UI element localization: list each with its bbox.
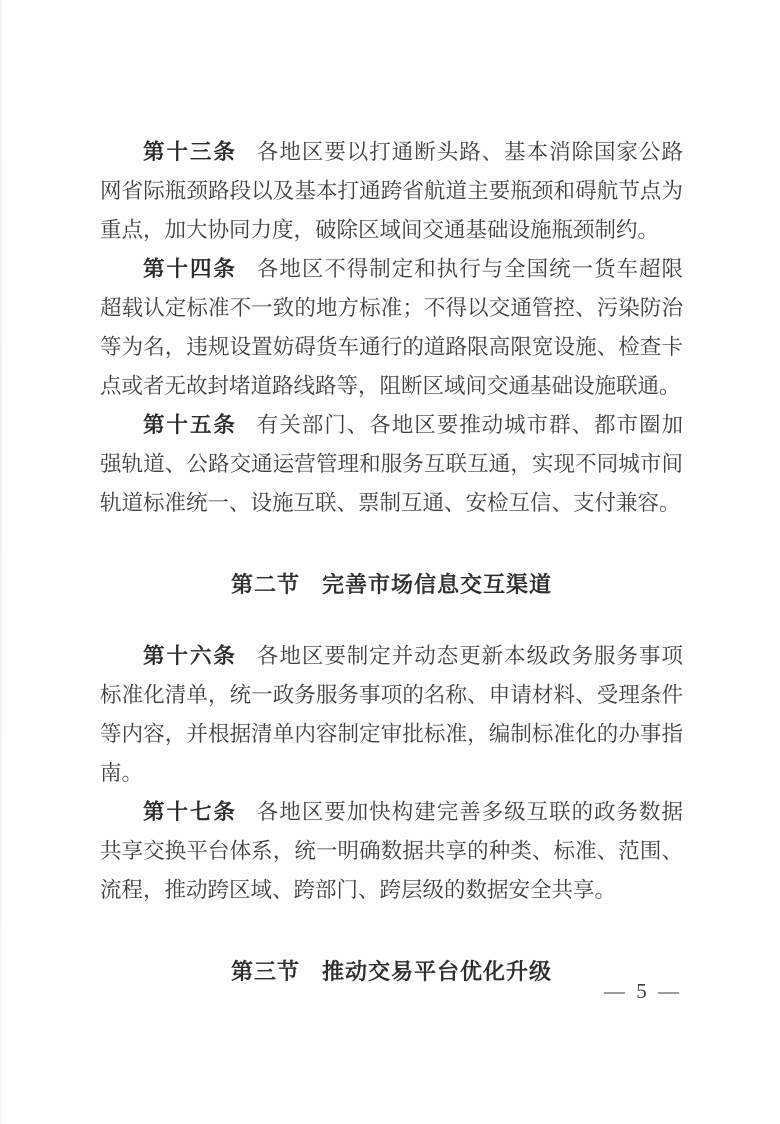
section-3-heading: 第三节推动交易平台优化升级 (100, 952, 683, 991)
article-16-number: 第十六条 (143, 644, 237, 668)
scan-edge-artifact (0, 0, 2, 1124)
article-13-number: 第十三条 (143, 140, 237, 164)
document-page: 第十三条各地区要以打通断头路、基本消除国家公路网省际瓶颈路段以及基本打通跨省航道… (0, 0, 780, 1124)
article-14-paragraph: 第十四条各地区不得制定和执行与全国统一货车超限超载认定标准不一致的地方标准；不得… (100, 250, 683, 406)
article-14-number: 第十四条 (143, 257, 237, 281)
article-13-paragraph: 第十三条各地区要以打通断头路、基本消除国家公路网省际瓶颈路段以及基本打通跨省航道… (100, 133, 683, 250)
page-number: — 5 — (604, 978, 682, 1004)
section-3-title: 推动交易平台优化升级 (322, 959, 552, 984)
article-16-paragraph: 第十六条各地区要制定并动态更新本级政务服务事项标准化清单，统一政务服务事项的名称… (100, 637, 683, 793)
section-2-heading: 第二节完善市场信息交互渠道 (100, 565, 683, 604)
section-3-label: 第三节 (231, 959, 300, 984)
article-15-paragraph: 第十五条有关部门、各地区要推动城市群、都市圈加强轨道、公路交通运营管理和服务互联… (100, 406, 683, 523)
article-17-paragraph: 第十七条各地区要加快构建完善多级互联的政务数据共享交换平台体系，统一明确数据共享… (100, 793, 683, 910)
document-body: 第十三条各地区要以打通断头路、基本消除国家公路网省际瓶颈路段以及基本打通跨省航道… (100, 133, 683, 1024)
article-15-number: 第十五条 (143, 413, 237, 437)
section-2-label: 第二节 (231, 572, 300, 597)
article-17-number: 第十七条 (143, 800, 237, 824)
section-2-title: 完善市场信息交互渠道 (322, 572, 552, 597)
